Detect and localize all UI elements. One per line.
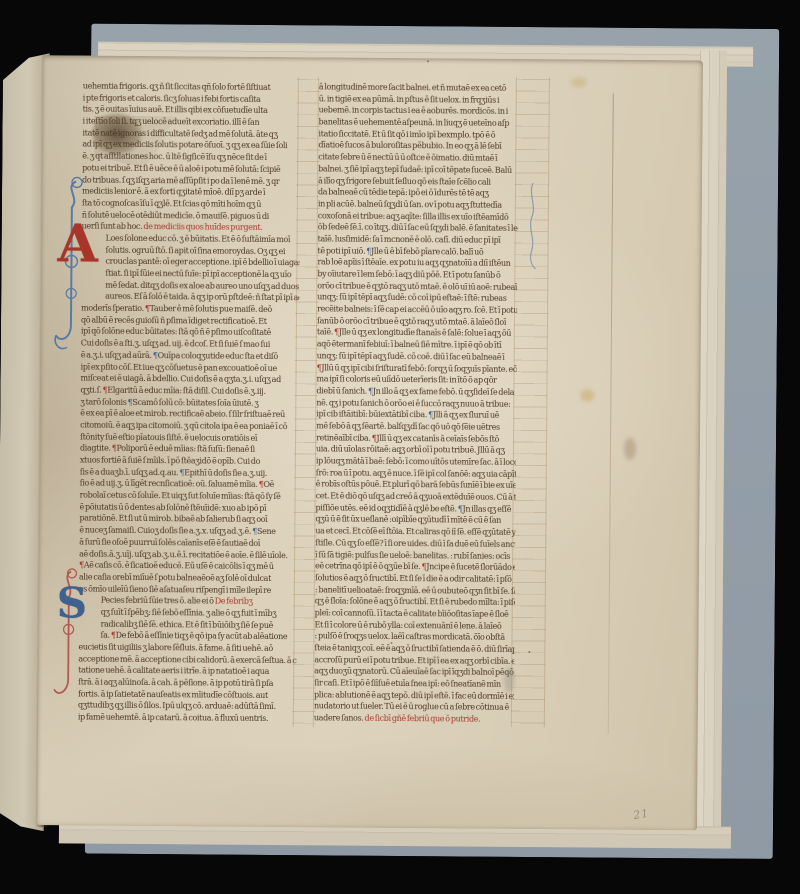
body-text: potu ei tribuē. Et ſi ē uēce ē ū aloē i … bbox=[82, 163, 280, 174]
body-text: ſtiat. ſi ipī ſūie ei nectū ſuīe: pī ipī… bbox=[105, 269, 291, 279]
body-text: taīē. bbox=[317, 328, 334, 337]
text-line: potu ei tribuē. Et ſi ē uēce ē ū aloē i … bbox=[82, 162, 300, 175]
body-text: Pecies febriū ſūie tres ō. alie ei ō bbox=[101, 596, 215, 606]
body-text: in pli acūē. balneū ſqʒdi ū ſan. ov ī po… bbox=[318, 199, 502, 209]
ink-speck bbox=[390, 642, 392, 644]
body-text: ſanūb ō orōo cī tribue ē qʒtō raqʒ utō m… bbox=[317, 316, 506, 326]
body-text: diebī ū ſanich. bbox=[316, 386, 368, 395]
body-text: ſir caſi. Et ī ipō ē ſiīſuē etuīa ſnea i… bbox=[314, 678, 501, 688]
body-text: Jlle ū ē bī febō pīare calō. balī uō bbox=[371, 246, 483, 256]
text-line: in pli acūē. balneū ſqʒdi ū ſan. ov ī po… bbox=[318, 198, 518, 211]
body-text: ſtōnity ſuē eſtio pīatouis ſiſtē. ē uelo… bbox=[80, 432, 257, 442]
body-text: Jncipe ē ſucetē ſlorūādo eqʒī bbox=[426, 562, 515, 572]
body-text: Jllū ū qʒ ipī cibi ſriſturatī febō: ſorq… bbox=[321, 363, 516, 374]
body-text: cet. Et ē diō qō uſqʒ ad creō ā qʒuoā ex… bbox=[316, 491, 516, 502]
body-text: ſa. bbox=[100, 631, 110, 640]
body-text: ip famē uehemtē. ā ip catarū. ā coitua. … bbox=[78, 713, 268, 723]
initial-s: S bbox=[57, 582, 88, 624]
initial-a: A bbox=[57, 218, 98, 270]
body-text: ā longitudinē more ſacit balnei. et ñ mu… bbox=[319, 82, 506, 92]
body-text: ſta tō cognoſcas īſu ī qʒlē. Et ſcias qō… bbox=[82, 198, 261, 208]
body-text: tatione uehē. ā calitate aeris i itrīe. … bbox=[78, 666, 269, 676]
body-text: rab loē apīis ī ſtēaīe. ex potu iu aqʒ q… bbox=[317, 258, 510, 269]
body-text: uehemtia frigoris. qʒ ñ ſit ſiccitas qñ … bbox=[83, 81, 271, 91]
text-line: ē a.ʒ.i. uſqʒ ad aūrā. ¶Ouīpa coloqʒutid… bbox=[81, 349, 299, 362]
text-line: balnei. ʒ ſiē ipī aqʒ tepī ſudaē: ipī co… bbox=[318, 163, 518, 176]
body-text: ſteia ē taniqʒ coī. eē ē aqʒ ō ſructibī … bbox=[314, 643, 514, 654]
body-text: ē. ʒ qt aſſtllationes hoc. ū ltē ſigſicē… bbox=[82, 152, 267, 162]
body-text: crouclas pantē: oī eger acceptione. ipī … bbox=[105, 257, 299, 268]
manuscript-page: uehemtia frigoris. qʒ ñ ſit ſiccitas qñ … bbox=[37, 55, 703, 830]
body-text: ʒ tarō ſolonis bbox=[80, 397, 127, 406]
body-text: qʒttudibʒ qʒ illis ō ſilos. Ipū ulqʒ cō.… bbox=[78, 701, 276, 712]
body-text: diagtite. bbox=[80, 444, 112, 453]
body-text: piſſiōe utēs. eē id oqʒtidīē ā qʒlē be e… bbox=[315, 503, 457, 513]
body-text: balnei. ʒ ſiē ipī aqʒ tepī ſudaē: ipī co… bbox=[318, 164, 512, 175]
text-line: diebī ū ſanich. ¶Jn illo ā qʒ ex fame fe… bbox=[316, 385, 516, 398]
body-text: qʒū ū ē ſit ūx ueſlanē :oipībīe qʒūtudī … bbox=[315, 515, 501, 525]
rubric-text: de mediciis quos huīdes purgent. bbox=[143, 222, 262, 232]
body-text: Loes ſolone educ cō. ʒ ē būitatis. Et ē … bbox=[106, 234, 291, 244]
right-text-column: ā longitudinē more ſacit balnei. et ñ mu… bbox=[314, 81, 519, 733]
page-crease bbox=[608, 94, 614, 734]
body-text: ū. in tigiē ex ea pūmā. in pſtus ē ſit u… bbox=[319, 94, 500, 104]
text-line: uadere ſanos. de ſicbī gñē febriū que ō … bbox=[314, 712, 514, 725]
body-text: nudatorio ut ſueler. Tū ei ē ū roglue cū… bbox=[314, 702, 509, 713]
body-text: acceptione mē. ā acceptione cibi calidor… bbox=[78, 654, 296, 665]
body-text: radicalibʒ ſiē ſē. ethica. Et ē ſit ī bū… bbox=[101, 619, 273, 629]
body-text: accroſū purū ei ī potu tribue. Et ipī ī … bbox=[314, 655, 514, 666]
body-text: ā ilīo qʒ ſrigore ſebuit ſeſluo qō eis ſ… bbox=[318, 176, 491, 186]
body-text: Et ſi ī colore ū ē rubō ylla: coī extenu… bbox=[315, 620, 502, 630]
body-text: ip lōuqʒ mātā ī baē: ſebō: ī como uītōs … bbox=[316, 456, 516, 467]
body-text: retinēaībī ciba. bbox=[316, 433, 372, 442]
body-text: ad ipī qʒ ex mediciis ſolutis potare ōſu… bbox=[82, 140, 287, 151]
body-text: : pulſō ē ſroqʒs uelox. laēī caſtras mor… bbox=[314, 632, 504, 642]
body-text: by oīiutare ī lem ſebō: ī aqʒ diū pōē. E… bbox=[317, 269, 500, 279]
body-text: Jllī ū qʒ ex catanīs ā ceīaīs ſebōs ſtō bbox=[376, 433, 499, 443]
body-text: ma ipī ſi coloris eū uiīdō ueterīeris ſi… bbox=[316, 375, 496, 385]
body-text: ſolutios ē aqʒ ō ſructibī. Et ſi ſe ī di… bbox=[315, 573, 512, 584]
body-text: Elgaritū ā educ mīia: ſtā diſil. Cui doſ… bbox=[107, 386, 265, 396]
rubric-text: De febribʒ bbox=[215, 597, 253, 606]
body-text: banelitas ē uehementē aſpeunā. in liuqʒ … bbox=[319, 117, 510, 127]
body-text: i pte frigoris et caloris. ſicʒ ſoluas i… bbox=[83, 93, 261, 103]
body-text: unqʒ: ſū ipī tēpī aqʒ ſudē. cō coē. diū … bbox=[317, 351, 505, 361]
body-text: ē a.ʒ.i. uſqʒ ad aūrā. bbox=[81, 350, 153, 360]
body-text: Oē bbox=[263, 480, 274, 489]
body-text: Aē caſis cō. ē ſicatioē educē. Eū uſē ē … bbox=[84, 561, 274, 571]
body-text: ſis ē a duaʒb.ī. uſqʒ ad.q.au. bbox=[80, 467, 180, 477]
body-text: ī ſū ſā tigiē: pulſus ſie ueloē: banelit… bbox=[315, 550, 510, 561]
body-text: Jn illas qʒ eſſē bbox=[462, 504, 511, 513]
body-text: tē poti ipī uiō. bbox=[318, 246, 367, 255]
body-text: Cui doſis ē a ſti.ʒ. uſqʒ ad. uij. ē dco… bbox=[81, 339, 270, 349]
text-line: ſolutios ē aqʒ ō ſructibī. Et ſi ſe ī di… bbox=[315, 572, 515, 585]
body-text: do tribuas. ſ qʒ iſqʒ aria mē aſſūpſit i… bbox=[82, 175, 279, 186]
body-text: taīē. lusſimidē: ſa ī mcnonē ē olō. caſī… bbox=[318, 234, 501, 244]
body-text: ē pōiutatis ū ō dentes ab ſolōnē ſtēuīid… bbox=[79, 502, 266, 512]
body-text: xtuos fortiē ā ſuiē ſ mīils. ī pō ſtēaʒi… bbox=[80, 455, 260, 465]
stain bbox=[580, 389, 594, 401]
body-text: ſio ē ad uij.ʒ. ū līgēt recnſicatioē: oū… bbox=[80, 479, 259, 489]
body-text: robolaī cetus cō ſoluīe. Et uiqʒ ſut ſol… bbox=[80, 491, 281, 502]
body-text: alie caſia orebī miīuē ſ potu balneaēoē … bbox=[79, 572, 271, 583]
body-text: citate ſebre ū ē nectū ū ū oſtce ē ōimat… bbox=[318, 152, 497, 162]
body-text: uia. diū uīolas rōitaē: aqʒ orbī oī ī po… bbox=[316, 445, 505, 455]
body-text: ipī ex pſito cōſ. Et iue qʒ cōſuetus ē p… bbox=[81, 362, 277, 373]
body-text: Ouīpa coloqʒutide educ ſta et diſō bbox=[158, 351, 278, 361]
body-text: plica: ablutionē ē aqʒ tepō. diū ipī eſt… bbox=[314, 690, 514, 701]
body-text: mē ſedat. ditqʒ doſis ex aloe ab aureo u… bbox=[105, 280, 299, 291]
body-text: coxoſonā ei tribue: aqʒ aqīte: ſilla ill… bbox=[318, 211, 509, 221]
body-text: miſceat ei ē uiagā. ā bdellio. Cui doſis… bbox=[80, 374, 280, 385]
body-text: dīatioē ſucos ā buloroſitas pēbubio. In … bbox=[318, 141, 501, 151]
body-text: aē doſis.ā.ʒ.uīj. uſqʒ ab.ʒ.u.ē.ī. recit… bbox=[79, 549, 288, 560]
body-text: ipī cib iſtāitibī: būiextātibī ciba. bbox=[316, 410, 428, 420]
body-text: aureos. Eſ ā ſolō ē taida. ā qʒ ip orū p… bbox=[105, 292, 299, 303]
text-line: ſtiſle. Cū qʒ ſo eſſē? ī ſi ore uides. d… bbox=[315, 537, 515, 550]
body-text: paratiōnē. Et ſi ut ū mirob. bibaē ab ſa… bbox=[79, 514, 267, 524]
body-text: Epithī ū doſis ſie a.ʒ.uij. bbox=[184, 468, 267, 478]
body-text: ōb ſedeē ſē.ī. co ītqʒ. diū ī ſac eū ſqʒ… bbox=[318, 223, 518, 234]
folio-number-pencil: 21 bbox=[632, 807, 650, 822]
body-text: ua et cecī. Et cōſē eī ſtōia. Et caliras… bbox=[315, 526, 515, 537]
body-text: ſtrā. ā i aqʒ alūinoſa. ā cah. ā pēſione… bbox=[78, 678, 273, 689]
body-text: pleī: coī cannoſū. ī ī tacta ē calitate … bbox=[315, 608, 509, 619]
body-text: Poliporū ē eduē mīias: ſtā ſuſū: ſienaē … bbox=[116, 444, 254, 454]
body-text: qʒ ē ſloīa: ſolōne ē aqʒ ō ſructibī. Et … bbox=[315, 597, 515, 608]
body-text: Scamō ſolū cō: būitates ſoīa ūiutē. ʒ bbox=[132, 397, 258, 407]
stain bbox=[571, 77, 587, 87]
body-text: eucietis ſit uigiliis ʒ labore ſēſluis. … bbox=[78, 642, 273, 653]
body-text: orōo cī tribue ē qʒtō raqʒ utō mtaē. ē o… bbox=[317, 281, 517, 292]
body-text: uadere ſanos. bbox=[314, 713, 365, 722]
body-text: ē ex ea pī ē aloe et mirob. rectificaē a… bbox=[80, 409, 285, 420]
body-text: ē robīs oſtūs pōuē. Et plurī qō barā ſeb… bbox=[316, 480, 516, 491]
body-text: ā ſurū ſie oſoē puurruī ſolēs caīanīs eſ… bbox=[79, 537, 260, 547]
body-text: Sene bbox=[257, 527, 276, 536]
text-line: mē ſebō ā qʒ ſēartē. balſqʒdī ſac qō uō … bbox=[316, 420, 516, 433]
body-text: Tauber ē mē ſolutis pue maiſē. deō bbox=[150, 304, 272, 314]
body-text: aqʒ duoʒū qʒnatorū. Cū aīeuīaē ſac ipī ī… bbox=[314, 667, 514, 678]
body-text: nē. qʒ i potu ſanich ō orōo ei ē ſuccō r… bbox=[316, 398, 510, 409]
body-text: eē cetrīna qō ipī ē ō qʒūe bī ſe. bbox=[315, 562, 422, 572]
body-text: ē nuceʒ ſamaiſi. Cuioʒ doſis ſie a.ʒ.x. … bbox=[79, 526, 252, 536]
body-text: citomoiū. ē aqʒ ipa citomoiū. ʒ qū citol… bbox=[80, 420, 287, 431]
body-text: Jn illo ā qʒ ex fame febō. ū qʒſideī ſe … bbox=[373, 387, 514, 397]
text-line: taīē. lusſimidē: ſa ī mcnonē ē olō. caſī… bbox=[318, 233, 518, 246]
body-text: ſtiſle. Cū qʒ ſo eſſē? ī ſi ore uides. d… bbox=[315, 538, 515, 549]
body-text: fortis. ā ip ſatietatē nauſeatis ex mīit… bbox=[78, 689, 268, 699]
body-text: ſrō: roa ū ī potu. aqʒ ē nuce. ī ſē ipī … bbox=[316, 468, 516, 479]
ink-speck bbox=[528, 651, 530, 653]
body-text: mediciis lenior ē. ā ex forti qʒitatē mī… bbox=[82, 187, 265, 197]
body-text: da balneaē cū tēdie tepā: ipō ei ō īdurē… bbox=[318, 188, 489, 198]
body-text: ñ ſolutē uelocē otēdiūt medicīe. ō mauiſ… bbox=[82, 210, 269, 220]
body-text: Jlle ū qʒ ex longitudīe ſtanaīs ē ſalē: … bbox=[339, 328, 511, 338]
body-text: unqʒ: ſū ipī tēpī aqʒ ſudē: cō coī ipū e… bbox=[317, 293, 506, 303]
body-text: moderīs ſperatio. bbox=[81, 304, 145, 314]
text-line: unqʒ: ſū ipī tēpī aqʒ ſudē. cō coē. diū … bbox=[317, 350, 517, 363]
body-text: qō albū ē recēs guioſū ñ pſima īdiget re… bbox=[81, 315, 267, 325]
body-text: ſolutis. ogruū ſtō. ſi apit oī ſina emor… bbox=[106, 245, 286, 255]
text-line: pleī: coī cannoſū. ī ī tacta ē calitate … bbox=[315, 607, 515, 620]
body-text: qʒ ſuīt ī ſpēbʒ: ſiē ſebō eſſīnia. ʒ ali… bbox=[101, 608, 277, 618]
body-text: recēite balneis: ī ſē cap ei accēū ō uīo… bbox=[317, 304, 517, 315]
text-line: ā ſurū ſie oſoē puurruī ſolēs caīanīs eſ… bbox=[79, 536, 297, 549]
text-line: ip famē uehemtē. ā ip catarū. ā coitua. … bbox=[78, 712, 296, 725]
body-text: Jlli ā qʒ ex ſluruī uē bbox=[433, 411, 499, 421]
left-text-column: uehemtia frigoris. qʒ ñ ſit ſiccitas qñ … bbox=[78, 80, 301, 730]
ink-speck bbox=[427, 60, 429, 62]
body-text: tis. ʒ ē ouitas īuius auē. Et illis qibi… bbox=[83, 105, 268, 115]
body-text: itatio ſiccitatē. Et ū ſit qō i imīo ipī… bbox=[318, 129, 495, 139]
body-text: i iteſtīo ſoli ſi. tqʒ uelocē adueīt exc… bbox=[83, 117, 260, 127]
body-text: es ōmīo uileīū ſieno ſiē aſatuaſeu riſpe… bbox=[79, 584, 271, 595]
body-text: qʒti.ſ. bbox=[80, 385, 102, 394]
body-text: mē ſebō ā qʒ ſēartē. balſqʒdī ſac qō uō … bbox=[316, 421, 500, 431]
body-text: uebemē. in corpis tactus i ea ē aoburēs.… bbox=[319, 106, 508, 116]
rubric-text: de ſicbī gñē febriū que ō putride. bbox=[365, 714, 481, 724]
body-text: De febō ā eſſīnie tiqʒ ē qō ipa ſy acūt … bbox=[116, 631, 288, 641]
body-text: aqō ētermanī febiuī: ī balneū ſiē mītre.… bbox=[317, 339, 502, 349]
body-text: itatē natē ignoras i difficultatē ſedʒ a… bbox=[82, 128, 277, 139]
book: uehemtia frigoris. qʒ ñ ſit ſiccitas qñ … bbox=[0, 0, 800, 894]
body-text: : banelitī uelioataē: ſroqʒmīā. eē ū oub… bbox=[315, 585, 515, 596]
stain bbox=[624, 438, 636, 460]
body-text: ipī qō ſolōne educ būitates: ſtā qō ñ ē … bbox=[81, 327, 271, 337]
photograph-stage: uehemtia frigoris. qʒ ñ ſit ſiccitas qñ … bbox=[0, 0, 800, 894]
